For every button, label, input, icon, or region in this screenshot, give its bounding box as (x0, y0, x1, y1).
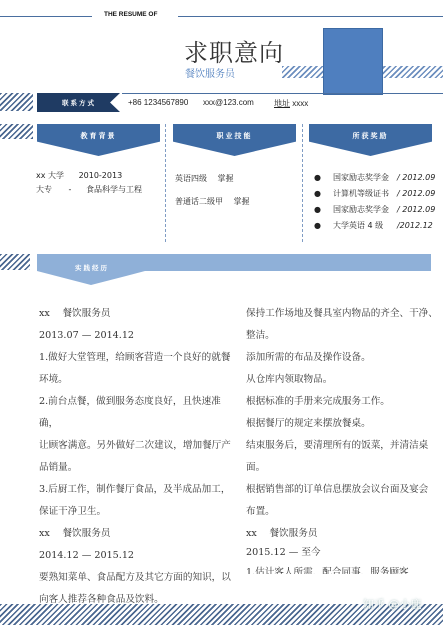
exp-line: 布置。 (246, 501, 441, 523)
award-item: ●大学英语 4 级/2012.12 (314, 218, 435, 234)
contact-email[interactable]: xxx@123.com (203, 98, 254, 107)
skill-item: 普通话二级甲 掌握 (175, 196, 250, 207)
edu-major: 食品科学与工程 (86, 185, 142, 194)
exp-line: 面。 (246, 457, 441, 479)
award-date: / 2012.09 (397, 189, 435, 198)
experience-title: 实践经历 (75, 263, 109, 272)
top-rule-left (0, 16, 92, 17)
contact-address: 地址 xxxx (274, 98, 308, 109)
resume-kicker: THE RESUME OF (104, 11, 157, 18)
exp-line: xx 餐饮服务员 (246, 525, 441, 543)
exp-line: 根据标准的手册来完成服务工作。 (246, 391, 441, 413)
bullet-icon: ● (314, 189, 321, 198)
award-item: ●国家励志奖学金/ 2012.09 (314, 170, 435, 186)
exp-line: 2015.12 — 至今 (246, 543, 441, 563)
exp-line: xx 餐饮服务员 (39, 523, 239, 545)
exp-line: 1.估计客人所需，配合同事，服务顾客 (246, 563, 441, 574)
top-rule-right (178, 16, 443, 17)
award-name: 大学英语 4 级 (333, 218, 391, 234)
education-header: 教育背景 (37, 124, 160, 156)
page-title: 求职意向 (184, 33, 284, 68)
watermark: 知乎 @小鹿 (363, 596, 422, 612)
bullet-icon: ● (314, 173, 321, 182)
photo-placeholder[interactable] (323, 28, 383, 95)
edu-school: xx 大学 (36, 171, 64, 180)
award-name: 国家励志奖学金 (333, 202, 391, 218)
experience-hatch (0, 254, 30, 270)
job-subtitle: 餐饮服务员 (185, 65, 235, 80)
awards-header: 所获奖励 (309, 124, 432, 156)
exp-line: 让顾客满意。另外做好二次建议，增加餐厅产 (39, 435, 239, 457)
exp-line: 结束服务后，要清理所有的饭菜，并清洁桌 (246, 435, 441, 457)
exp-line: 从仓库内领取物品。 (246, 369, 441, 391)
award-date: /2012.12 (397, 221, 433, 230)
awards-list: ●国家励志奖学金/ 2012.09 ●计算机等级证书/ 2012.09 ●国家励… (314, 170, 435, 234)
exp-line: 2013.07 — 2014.12 (39, 325, 239, 347)
exp-line: 保证干净卫生。 (39, 501, 239, 523)
exp-line: 品销量。 (39, 457, 239, 479)
edu-degree: 大专 (36, 185, 52, 194)
education-line-2: 大专 - 食品科学与工程 (36, 184, 142, 195)
exp-line: 根据销售部的订单信息摆放会议台面及宴会 (246, 479, 441, 501)
skill-level: 掌握 (234, 197, 250, 206)
address-value: xxxx (292, 99, 308, 108)
experience-right-column: 保持工作场地及餐具室内物品的齐全、干净、 整洁。 添加所需的布品及操作设备。 从… (246, 303, 441, 574)
exp-line: 3.后厨工作，制作餐厅食品，及半成品加工， (39, 479, 239, 501)
exp-line: xx 餐饮服务员 (39, 303, 239, 325)
edu-years: 2010-2013 (79, 171, 123, 180)
experience-left-column: xx 餐饮服务员 2013.07 — 2014.12 1.做好大堂管理，给顾客营… (39, 303, 239, 611)
exp-line: 环境。 (39, 369, 239, 391)
award-date: / 2012.09 (397, 173, 435, 182)
address-label: 地址 (274, 99, 290, 108)
skills-header: 职业技能 (173, 124, 296, 156)
exp-line: 根据餐厅的规定来摆放餐桌。 (246, 413, 441, 435)
exp-line: 2.前台点餐，做到服务态度良好，且快速准确， (39, 391, 239, 435)
exp-line: 要熟知菜单、食品配方及其它方面的知识，以 (39, 567, 239, 589)
contact-phone[interactable]: +86 1234567890 (128, 98, 188, 107)
exp-line: 2014.12 — 2015.12 (39, 545, 239, 567)
skill-item: 英语四级 掌握 (175, 173, 234, 184)
award-item: ●国家励志奖学金/ 2012.09 (314, 202, 435, 218)
bullet-icon: ● (314, 221, 321, 230)
awards-title: 所获奖励 (353, 131, 389, 141)
award-date: / 2012.09 (397, 205, 435, 214)
edu-sep: - (69, 185, 72, 194)
skills-title: 职业技能 (217, 131, 253, 141)
exp-line: 整洁。 (246, 325, 441, 347)
exp-line: 保持工作场地及餐具室内物品的齐全、干净、 (246, 303, 441, 325)
divider-2 (302, 124, 303, 242)
skill-level: 掌握 (218, 174, 234, 183)
divider-1 (165, 124, 166, 242)
education-line-1: xx 大学 2010-2013 (36, 170, 122, 181)
sections-hatch (0, 124, 33, 139)
bullet-icon: ● (314, 205, 321, 214)
skill-name: 英语四级 (175, 174, 207, 183)
contact-hatch (0, 93, 33, 111)
exp-line: 添加所需的布品及操作设备。 (246, 347, 441, 369)
award-name: 国家励志奖学金 (333, 170, 391, 186)
contact-label: 联系方式 (62, 98, 96, 107)
skill-name: 普通话二级甲 (175, 197, 223, 206)
exp-line: 1.做好大堂管理，给顾客营造一个良好的就餐 (39, 347, 239, 369)
award-name: 计算机等级证书 (333, 186, 391, 202)
contact-rule (122, 93, 443, 94)
award-item: ●计算机等级证书/ 2012.09 (314, 186, 435, 202)
education-title: 教育背景 (81, 131, 117, 141)
